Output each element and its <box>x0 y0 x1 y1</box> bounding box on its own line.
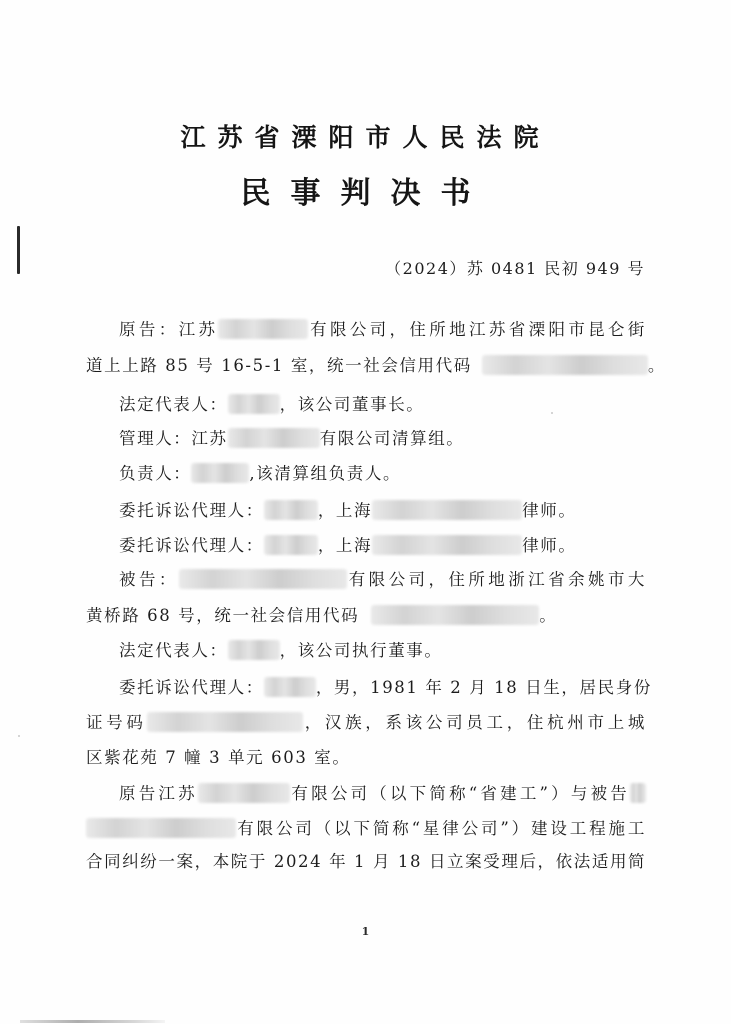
case-intro-line-2: 有限公司（以下简称“星律公司”）建设工程施工 <box>86 818 646 840</box>
case-intro-text: 有限公司（以下简称“星律公司”）建设工程施工 <box>236 819 646 838</box>
redacted-law-firm <box>372 500 522 520</box>
scan-artifact-mark <box>17 226 20 274</box>
redacted-person-name <box>264 535 318 555</box>
defendant-address-cont: 黄桥路 68 号，统一社会信用代码 <box>86 606 359 625</box>
redacted-company-name <box>86 818 236 838</box>
agent-label: 委托诉讼代理人： <box>119 501 264 520</box>
redacted-id-number <box>147 712 303 732</box>
agent-address: 区紫花苑 7 幢 3 单元 603 室。 <box>86 748 350 767</box>
defendant-legal-rep-line: 法定代表人：，该公司执行董事。 <box>119 640 646 662</box>
redacted-person-name <box>228 640 280 660</box>
redacted-company-name <box>228 428 320 448</box>
agent-label: 委托诉讼代理人： <box>119 536 264 555</box>
agent-city: ，上海 <box>318 536 372 555</box>
punctuation: 。 <box>539 606 557 625</box>
agent-label: 委托诉讼代理人： <box>119 678 264 697</box>
redacted-law-firm <box>372 535 522 555</box>
case-number: （2024）苏 0481 民初 949 号 <box>385 256 645 279</box>
administrator-line: 管理人：江苏有限公司清算组。 <box>119 428 646 450</box>
defendant-address-text: 有限公司，住所地浙江省余姚市大 <box>347 570 646 589</box>
redacted-person-name <box>191 463 249 483</box>
plaintiff-agent-line-1: 委托诉讼代理人：，上海律师。 <box>119 500 646 522</box>
court-name-title: 江苏省溧阳市人民法院 <box>0 118 731 154</box>
administrator-text: 有限公司清算组。 <box>320 429 465 448</box>
scan-speck <box>18 735 20 737</box>
plaintiff-address-cont: 道上上路 85 号 16-5-1 室，统一社会信用代码 <box>86 356 472 375</box>
redacted-company-name <box>179 569 347 589</box>
agent-role: 律师。 <box>522 536 576 555</box>
document-page: 江苏省溧阳市人民法院 民事判决书 （2024）苏 0481 民初 949 号 原… <box>0 0 731 1024</box>
page-number: 1 <box>0 925 731 938</box>
agent-city: ，上海 <box>318 501 372 520</box>
head-label: 负责人： <box>119 464 191 483</box>
case-intro-text: 原告江苏 <box>119 784 198 803</box>
legal-rep-role: ，该公司执行董事。 <box>280 641 443 660</box>
document-type-title: 民事判决书 <box>0 168 731 212</box>
punctuation: 。 <box>648 356 666 375</box>
defendant-line-1: 被告：有限公司，住所地浙江省余姚市大 <box>119 569 646 591</box>
plaintiff-line-2: 道上上路 85 号 16-5-1 室，统一社会信用代码。 <box>86 355 646 377</box>
case-intro-line-3: 合同纠纷一案，本院于 2024 年 1 月 18 日立案受理后，依法适用简 <box>86 851 646 873</box>
legal-rep-role: ，该公司董事长。 <box>280 395 425 414</box>
plaintiff-label: 原告：江苏 <box>119 320 218 339</box>
redacted-company-name <box>218 319 308 339</box>
id-number-label: 证号码 <box>86 713 147 732</box>
agent-details-cont: ，汉族，系该公司员工，住杭州市上城 <box>303 713 646 732</box>
legal-rep-label: 法定代表人： <box>119 395 228 414</box>
case-intro-line-1: 原告江苏有限公司（以下简称“省建工”）与被告 <box>119 783 646 805</box>
defendant-agent-line-2: 证号码，汉族，系该公司员工，住杭州市上城 <box>86 712 646 734</box>
administrator-label: 管理人：江苏 <box>119 429 228 448</box>
plaintiff-legal-rep-line: 法定代表人：，该公司董事长。 <box>119 394 646 416</box>
redacted-credit-code <box>482 355 648 375</box>
defendant-agent-line-1: 委托诉讼代理人：，男，1981 年 2 月 18 日生，居民身份 <box>119 677 646 699</box>
defendant-line-2: 黄桥路 68 号，统一社会信用代码。 <box>86 605 646 627</box>
head-role: ,该清算组负责人。 <box>249 464 401 483</box>
agent-details: ，男，1981 年 2 月 18 日生，居民身份 <box>316 678 652 697</box>
case-intro-text: 合同纠纷一案，本院于 2024 年 1 月 18 日立案受理后，依法适用简 <box>86 852 646 871</box>
redacted-person-name <box>264 500 318 520</box>
plaintiff-line-1: 原告：江苏有限公司，住所地江苏省溧阳市昆仑街 <box>119 319 646 341</box>
plaintiff-address-text: 有限公司，住所地江苏省溧阳市昆仑街 <box>308 320 646 339</box>
agent-role: 律师。 <box>522 501 576 520</box>
redacted-credit-code <box>371 605 539 625</box>
redacted-company-name <box>630 783 646 803</box>
administrator-head-line: 负责人：,该清算组负责人。 <box>119 463 646 485</box>
legal-rep-label: 法定代表人： <box>119 641 228 660</box>
redacted-company-name <box>198 783 290 803</box>
defendant-agent-line-3: 区紫花苑 7 幢 3 单元 603 室。 <box>86 747 646 769</box>
scan-artifact-edge <box>20 1020 165 1023</box>
defendant-label: 被告： <box>119 570 179 589</box>
case-intro-text: 有限公司（以下简称“省建工”）与被告 <box>290 784 630 803</box>
redacted-person-name <box>264 677 316 697</box>
redacted-person-name <box>228 394 280 414</box>
plaintiff-agent-line-2: 委托诉讼代理人：，上海律师。 <box>119 535 646 557</box>
